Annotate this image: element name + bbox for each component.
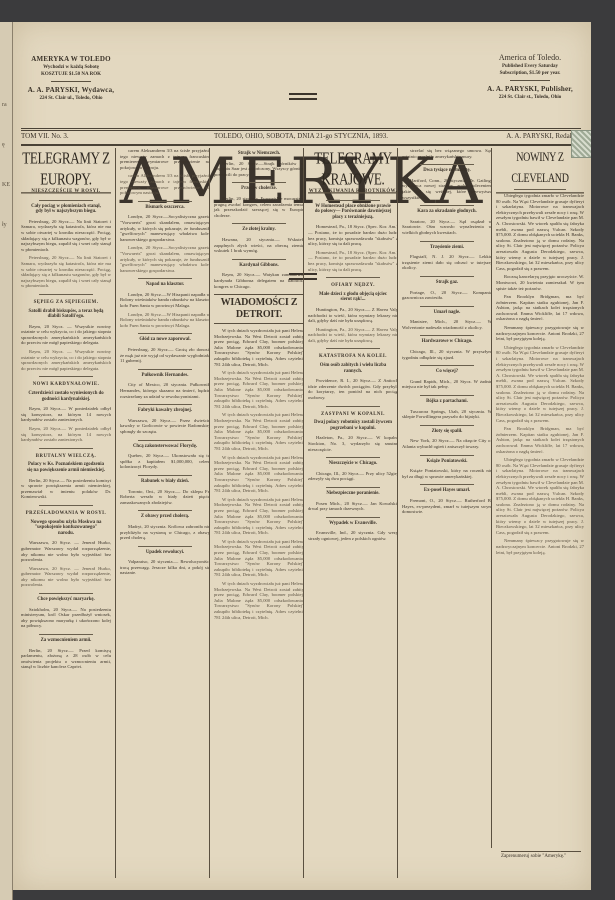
article-text: carem Aleksandrem 3/3 na ścisłe przyjaźn…	[120, 148, 210, 170]
divider	[138, 475, 192, 476]
polish-title: AMERYKA W TOLEDO	[21, 54, 121, 64]
divider	[138, 546, 192, 547]
section-title: OFIARY NĘDZY.	[308, 283, 398, 289]
section-title: Wypadek w Evansville.	[314, 521, 392, 527]
publication-schedule: Wychodzi w każdą Sobotę	[21, 64, 121, 71]
article-text: City of Mexico, 20 stycznia. Pułkownik H…	[120, 382, 210, 399]
section-title: Rabunek w biały dzień.	[126, 479, 204, 485]
divider	[420, 365, 474, 366]
article-text: Manistee, Mich., 20 Stycz.— W Wolvertoni…	[402, 319, 492, 330]
article-text: Książe Poniatowski, który na rocznik nie…	[402, 468, 492, 479]
article-text: Toronto, Ont., 20 Stycz.— Do sklepu Fr. …	[120, 489, 210, 506]
article-text: Chicago, Ill., 20 stycznia. W przyszłym …	[402, 349, 492, 360]
column-heading: TELEGRAMY KRAJOWE.	[308, 148, 398, 194]
article-text: W tych dniach wyzdrowiała już pani Helen…	[214, 370, 304, 409]
section-subtitle: Małe dzieci z głodu objęcią ojciec siero…	[314, 292, 392, 303]
section-title: NOWI KARDYNAŁOWIE.	[21, 382, 111, 388]
article-text: Ubiegłego tygodnia zmarło w Clevelandzie…	[496, 457, 584, 535]
article-text: Rzym, 20 Stycz. — Wszystkie nowiny ostat…	[21, 324, 111, 346]
divider	[138, 333, 192, 334]
article-text: Hazleton, Pa., 20 Stycz.— W kopalni Stoc…	[308, 435, 398, 452]
masthead-rule	[21, 130, 581, 131]
article-text: Londyn, 20 Stycz.—Socyalistyczna gazeta …	[120, 245, 210, 273]
section-title: SĘPIEG ZA SĘPIEGIEM.	[21, 300, 111, 306]
section-title: Kara za okradanie głodnych.	[408, 209, 486, 215]
article-text: Berlin, 20 Stycz.— Przed komisyą parlame…	[21, 648, 111, 670]
section-title: Umarł nagle.	[408, 310, 486, 316]
divider	[39, 448, 93, 449]
column-4: TELEGRAMY KRAJOWE. WYZYSKIWANIA ROBOTNIK…	[303, 148, 398, 878]
article-text: Roczną kancelaryę przyjęto uroczyście. W…	[496, 274, 584, 291]
divider	[39, 593, 93, 594]
publisher-name: A. A. PARYSKI, Wydawca,	[21, 85, 121, 95]
masthead-right-box: America of Toledo. Published Every Satur…	[479, 52, 581, 101]
publisher-name-en: A. A. PARYSKI, Publisher,	[479, 84, 581, 94]
divider	[420, 425, 474, 426]
divider	[420, 484, 474, 485]
newspaper-page: AMERYKA W TOLEDO Wychodzi w każdą Sobotę…	[13, 22, 591, 890]
column-1: TELEGRAMY Z EUROPY. NIESZCZĘŚCIE W ROSYI…	[21, 148, 111, 878]
column-6: NOWINY Z CLEVELAND Ubiegłego tygodnia zm…	[491, 148, 584, 848]
library-stamp	[571, 130, 593, 158]
divider	[326, 200, 380, 201]
subscription-price: KOSZTUJE $1.50 NA ROK	[21, 71, 121, 78]
section-title: ZASYPANI W KOPALNI.	[308, 412, 398, 418]
article-text: Hawana, 20 stycznia.— Wskutek zapędnych …	[214, 237, 304, 254]
divider	[326, 517, 380, 518]
divider	[39, 634, 93, 635]
section-title: Hardwarowe w Chicago.	[408, 339, 486, 345]
article-text: New York, 20 Stycz.— Na okręcie City of …	[402, 438, 492, 449]
section-title: Kardynał Gibbons.	[220, 263, 298, 269]
article-text: Sztokholm, 20 Stycz.— Na posiedzeniu min…	[21, 607, 111, 629]
subscribe-note: Zaprenumeruj sobie "Amerykę."	[501, 851, 581, 860]
divider	[420, 306, 474, 307]
article-text: Portage, O., 20 Stycz.— Kompania gazowni…	[402, 290, 492, 301]
divider	[138, 278, 192, 279]
divider	[39, 505, 93, 506]
article-text: W tych dniach wyzdrowiała już pani Helen…	[214, 539, 304, 578]
section-title: Dwa tysiące na minutę.	[408, 168, 486, 174]
issue-date: TOLEDO, OHIO, SOBOTA, DNIA 21-go STYCZNI…	[21, 132, 581, 141]
section-title: Pułkownik Hernandes.	[126, 373, 204, 379]
publisher-address-en: 224 St. Clair st., Toledo, Ohio	[479, 94, 581, 101]
article-text: Berlin, 20 Stycz.—Strajk górników w Zagł…	[214, 161, 304, 178]
article-text: strzelać się bez wiązanego umowa. Sąd os…	[402, 148, 492, 159]
article-text: Quebec, 20 Stycz.— Ukonstowała się tu sp…	[120, 453, 210, 470]
section-title: KATASTROFA NA KOLEI.	[308, 354, 398, 360]
section-title: Złoty się spalił.	[408, 429, 486, 435]
article-text: Huntington, Pa., 20 Stycz.— Z Havea Valy…	[308, 307, 398, 324]
article-text: Fremont, O., 20 Stycz.— Rutherford B. Ha…	[402, 498, 492, 515]
english-title: America of Toledo.	[479, 52, 581, 63]
divider	[420, 164, 474, 165]
article-text: Berlin, 20 stycznia. Europejskie mocarst…	[214, 196, 304, 218]
section-title: Ex-poseł Hayes umarł.	[408, 488, 486, 494]
masthead: AMERYKA W TOLEDO Wychodzi w każdą Sobotę…	[13, 22, 591, 126]
article-text: Petersburg, 20 Stycz.— Grożą zło donosi,…	[120, 347, 210, 364]
divider	[232, 182, 286, 183]
section-title: Co więcej?	[408, 369, 486, 375]
subscription-price-en: Subscription, $1.50 per year.	[479, 70, 581, 77]
dateline-rule	[21, 144, 581, 146]
article-text: Evansville, Ind., 20 stycznia. Gdy wezy …	[308, 530, 398, 541]
article-text: Nemmany śpiewacy przygotowuje się w nadz…	[496, 325, 584, 342]
divider	[138, 369, 192, 370]
article-text: Tuscarora Springs, Utah, 20 stycznia. W …	[402, 409, 492, 420]
divider	[138, 510, 192, 511]
article-text: W tych dniach wyzdrowiała już pani Helen…	[214, 412, 304, 451]
masthead-rule	[21, 128, 581, 129]
divider	[39, 376, 93, 377]
article-text: carem Aleksandrem 3/3 na ścisłe przyjaźn…	[120, 173, 210, 195]
divider	[420, 205, 474, 206]
section-subtitle: Polacy w Ks. Poznańskiem zgodzenia się n…	[27, 462, 105, 473]
divider	[420, 395, 474, 396]
section-title: Upadek rewolucyi.	[126, 550, 204, 556]
article-text: Saratow, 20 Stycz.— Sąd osądzał w Sarato…	[402, 219, 492, 236]
section-title: Napad na klasztor.	[126, 282, 204, 288]
article-text: W tych dniach wyzdrowiała już pani Helen…	[214, 497, 304, 536]
section-title: Strajk gaz.	[408, 280, 486, 286]
divider	[326, 457, 380, 458]
section-title: BRUTALNY WIELCZĄ.	[21, 454, 111, 460]
article-text: Warszawa, 20 Stycz. — Jenerał Hurko, gub…	[21, 566, 111, 588]
article-text: Huntington, Pa., 20 Stycz.— Z Havea Valy…	[308, 327, 398, 344]
divider	[232, 223, 286, 224]
article-text: Londyn, 20 Stycz.—W Hiszpanii napadła w …	[120, 292, 210, 309]
section-title: Strajk w Niemczech.	[220, 151, 298, 157]
section-subtitle: Ośm osób zabitych i wielu liczba rannych…	[314, 363, 392, 374]
article-text: Homestead, Pa., 18 Stycz. (Spec. Kor. Am…	[308, 224, 398, 246]
section-subtitle: Satolli drabił biskupów, a teraz będą dl…	[27, 309, 105, 320]
article-text: Providence, R. I., 20 Stycz.— Z Antioch …	[308, 378, 398, 400]
section-title: Przeciw cholerze.	[220, 186, 298, 192]
article-text: Hartford, Conn., 20 stycznia. Dr. Gatlin…	[402, 178, 492, 200]
article-text: Madryt, 20 stycznia. Królowa zabroniła n…	[120, 524, 210, 541]
section-title: Z obawy przed cholerą.	[126, 514, 204, 520]
article-text: Rzym, 20 Stycz. — Wszystkie nowiny ostat…	[21, 349, 111, 371]
publisher-address: 224 St. Clair ul., Toledo, Ohio	[21, 95, 121, 102]
article-text: Posen Mich., 20 Stycz.— Jan Kowalski, dr…	[308, 501, 398, 512]
divider	[51, 81, 91, 82]
article-text: W tych dniach wyzdrowiała już pani Helen…	[214, 455, 304, 494]
article-text: Rzym, 20 Stycz.— W poniedziałek odbył si…	[21, 426, 111, 443]
article-text: Flagstaff, N. J. 20 Stycz.— Lekkie trzęs…	[402, 254, 492, 271]
article-text: W tych dniach wyzdrowiała już pani Helen…	[214, 581, 304, 620]
article-text: Nemmany śpiewacy przygotowuje się w nadz…	[496, 538, 584, 555]
section-title: Chcą zakonsterwować Florydę.	[126, 444, 204, 450]
divider	[138, 404, 192, 405]
article-text: Petersburg, 20 Stycz.— Na linii Siatorei…	[21, 219, 111, 253]
section-title: Niebezpieczne poranienie.	[314, 491, 392, 497]
article-columns: TELEGRAMY Z EUROPY. NIESZCZĘŚCIE W ROSYI…	[21, 148, 581, 888]
section-title: Za wzmocnieniem armii.	[27, 638, 105, 644]
adjacent-page-edge: ra ę KE ły	[0, 22, 13, 900]
section-title: Bismark oszczerca.	[126, 205, 204, 211]
divider	[420, 241, 474, 242]
article-text: Warszawa, 20 Stycz.— Przez dwieście kawa…	[120, 418, 210, 435]
divider	[138, 440, 192, 441]
section-title: Książe Poniatowski.	[408, 459, 486, 465]
divider	[232, 259, 286, 260]
column-2: carem Aleksandrem 3/3 na ścisłe przyjaźn…	[115, 148, 210, 878]
section-subtitle: Dwaj polacy robotnicy zostali żywcem pog…	[314, 420, 392, 431]
publication-schedule-en: Published Every Saturday	[479, 63, 581, 70]
section-title: Ze złotej kralny.	[220, 227, 298, 233]
divider	[326, 348, 380, 349]
section-title: Nieszczęście w Chicago.	[314, 461, 392, 467]
column-heading: TELEGRAMY Z EUROPY.	[21, 148, 111, 194]
divider	[39, 200, 93, 201]
section-title: Głód za nowe zaporowal.	[126, 337, 204, 343]
detroit-news-heading: WIADOMOŚCI Z DETROIT.	[214, 294, 304, 324]
divider	[326, 487, 380, 488]
divider	[510, 80, 550, 81]
article-text: Berlin, 20 Stycz.— Na posiedzeniu komisy…	[21, 478, 111, 500]
divider	[326, 277, 380, 278]
section-title: PRZEŚLADOWANIA W ROSYI.	[21, 511, 111, 517]
divider	[326, 406, 380, 407]
article-text: Petersburg, 20 Stycz.— Na linii Siatorei…	[21, 255, 111, 289]
article-text: Pan Brooklyn Bridgman, ma być żołnierzem…	[496, 426, 584, 454]
masthead-left-box: AMERYKA W TOLEDO Wychodzi w każdą Sobotę…	[21, 54, 121, 102]
article-text: Londyn, 20 Stycz.—Socyalistyczna gazeta …	[120, 214, 210, 242]
section-title: Bójka z partachami.	[408, 399, 486, 405]
article-text: Ubiegłego tygodnia zmarło w Clevelandzie…	[496, 345, 584, 423]
section-subtitle: Cały pociąg w płomieniach stanął, gdy by…	[27, 204, 105, 215]
article-text: Rzym, 20 Stycz.— Watykan zamianował kard…	[214, 272, 304, 289]
section-subtitle: W Homestead płace obniżone prawie do poł…	[314, 204, 392, 221]
article-text: Rzym, 20 Stycz.— W poniedziałek odbył si…	[21, 406, 111, 423]
divider	[420, 276, 474, 277]
divider	[138, 201, 192, 202]
article-text: Homestead, Pa., 18 Stycz. (Spec. Kor. Am…	[308, 250, 398, 272]
divider	[420, 335, 474, 336]
article-text: Londyn, 20 Stycz.—W Hiszpanii napadła w …	[120, 312, 210, 329]
article-text: Warszawa, 20 Stycz. — Jenerał Hurko, gub…	[21, 540, 111, 562]
section-title: Trzęsienie ziemi.	[408, 245, 486, 251]
column-5: strzelać się bez wiązanego umowa. Sąd os…	[397, 148, 492, 878]
divider	[420, 455, 474, 456]
logo-flourish-left	[289, 93, 317, 100]
article-text: Pan Brooklyn Bridgman, ma być żołnierzem…	[496, 294, 584, 322]
article-text: W tych dniach wyzdrowiała już pani Helen…	[214, 328, 304, 367]
editor: A. A. PARYSKI, Redaktor	[506, 132, 581, 141]
divider	[39, 294, 93, 295]
section-title: Chce powiększyć maryarkę.	[27, 597, 105, 603]
article-text: Grand Rapids, Mich., 20 Stycz. W żadnie …	[402, 379, 492, 390]
section-title: Fabryki kawalry zbrojnej.	[126, 408, 204, 414]
article-text: Chicago, Ill., 20 Stycz.— Przy ulicy 52g…	[308, 471, 398, 482]
article-text: Ubiegłego tygodnia zmarło w Clevelandzie…	[496, 193, 584, 271]
article-text: Valparaiso, 20 stycznia.— Rewolucyoniści…	[120, 559, 210, 576]
section-subtitle: Nowego sposobu użyła Moskwa na "uspokoje…	[27, 520, 105, 537]
column-3: Strajk w Niemczech. Berlin, 20 Stycz.—St…	[209, 148, 304, 878]
scan-background	[591, 0, 615, 900]
section-subtitle: Czterdzieści zostało wyniesionych do god…	[27, 391, 105, 402]
